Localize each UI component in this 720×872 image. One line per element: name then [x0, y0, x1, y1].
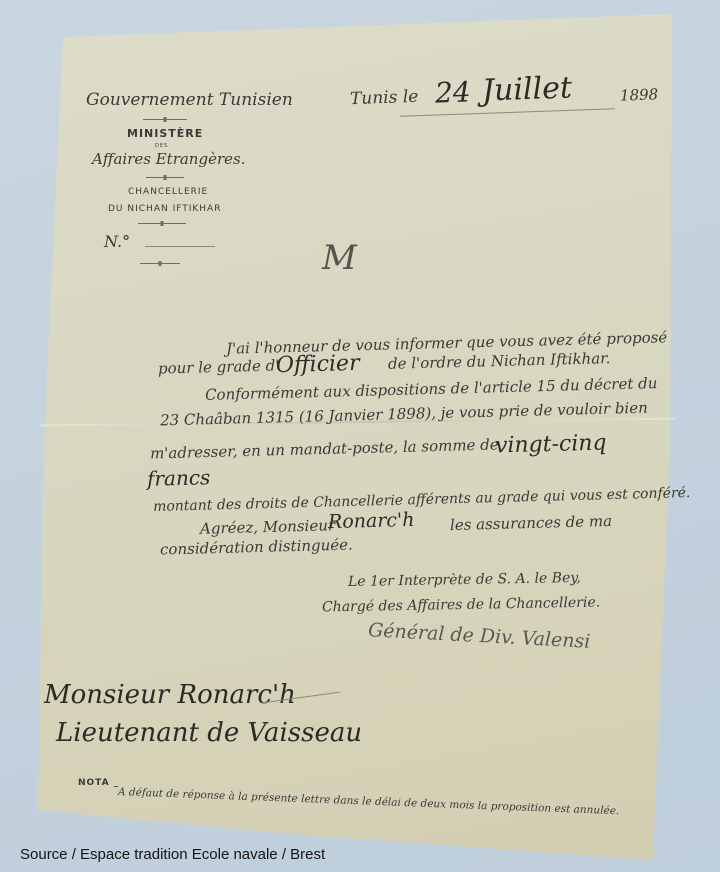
letterhead-order: DU NICHAN IFTIKHAR — [108, 204, 221, 214]
letterhead-divider — [146, 177, 184, 178]
letterhead-government: Gouvernement Tunisien — [86, 90, 293, 110]
salutation: M — [322, 238, 357, 278]
letterhead-affairs: Affaires Etrangères. — [92, 150, 245, 168]
source-caption: Source / Espace tradition Ecole navale /… — [20, 846, 325, 863]
letterhead-divider — [143, 119, 187, 120]
reference-number-label: N.° — [104, 232, 130, 251]
letterhead-ministry: MINISTÈRE — [127, 127, 203, 140]
currency-value: francs — [147, 465, 211, 491]
amount-value: vingt-cinq — [495, 431, 607, 459]
letterhead-chancellery: CHANCELLERIE — [128, 187, 208, 197]
letterhead-divider — [138, 223, 186, 224]
nota-label: NOTA _ — [78, 778, 119, 788]
addressee-rank: Lieutenant de Vaisseau — [56, 718, 362, 748]
body-line-7-prefix: Agréez, Monsieur — [200, 516, 335, 538]
dateline-month: Juillet — [481, 70, 572, 108]
dateline-year: 1898 — [620, 85, 659, 104]
letterhead-divider — [140, 263, 180, 264]
reference-number-field — [145, 246, 215, 247]
letterhead-des: DES — [155, 143, 168, 149]
dateline-day: 24 — [434, 75, 471, 109]
addressee-name: Monsieur Ronarc'h — [44, 680, 296, 710]
grade-value: Officier — [276, 351, 360, 378]
dateline-place: Tunis le — [350, 87, 419, 109]
recipient-name-value: Ronarc'h — [328, 509, 415, 533]
body-line-2-prefix: pour le grade d' — [158, 356, 280, 377]
